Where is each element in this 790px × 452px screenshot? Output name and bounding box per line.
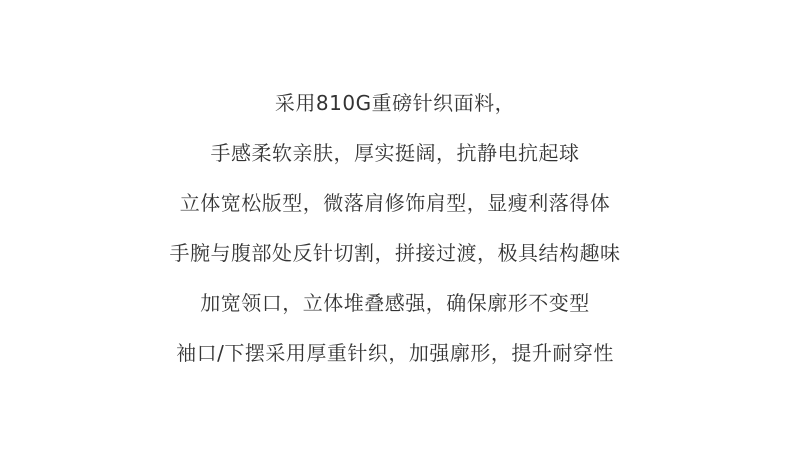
description-line-cuff: 袖口/下摆采用厚重针织，加强廓形，提升耐穿性 <box>0 339 790 367</box>
description-line-collar: 加宽领口，立体堆叠感强，确保廓形不变型 <box>0 289 790 317</box>
description-line-fit: 立体宽松版型，微落肩修饰肩型，显瘦利落得体 <box>0 189 790 217</box>
description-line-cut: 手腕与腹部处反针切割，拼接过渡，极具结构趣味 <box>0 239 790 267</box>
description-line-feel: 手感柔软亲肤，厚实挺阔，抗静电抗起球 <box>0 139 790 167</box>
product-description: 采用810G重磅针织面料， 手感柔软亲肤，厚实挺阔，抗静电抗起球 立体宽松版型，… <box>0 0 790 452</box>
description-line-fabric: 采用810G重磅针织面料， <box>0 89 790 117</box>
